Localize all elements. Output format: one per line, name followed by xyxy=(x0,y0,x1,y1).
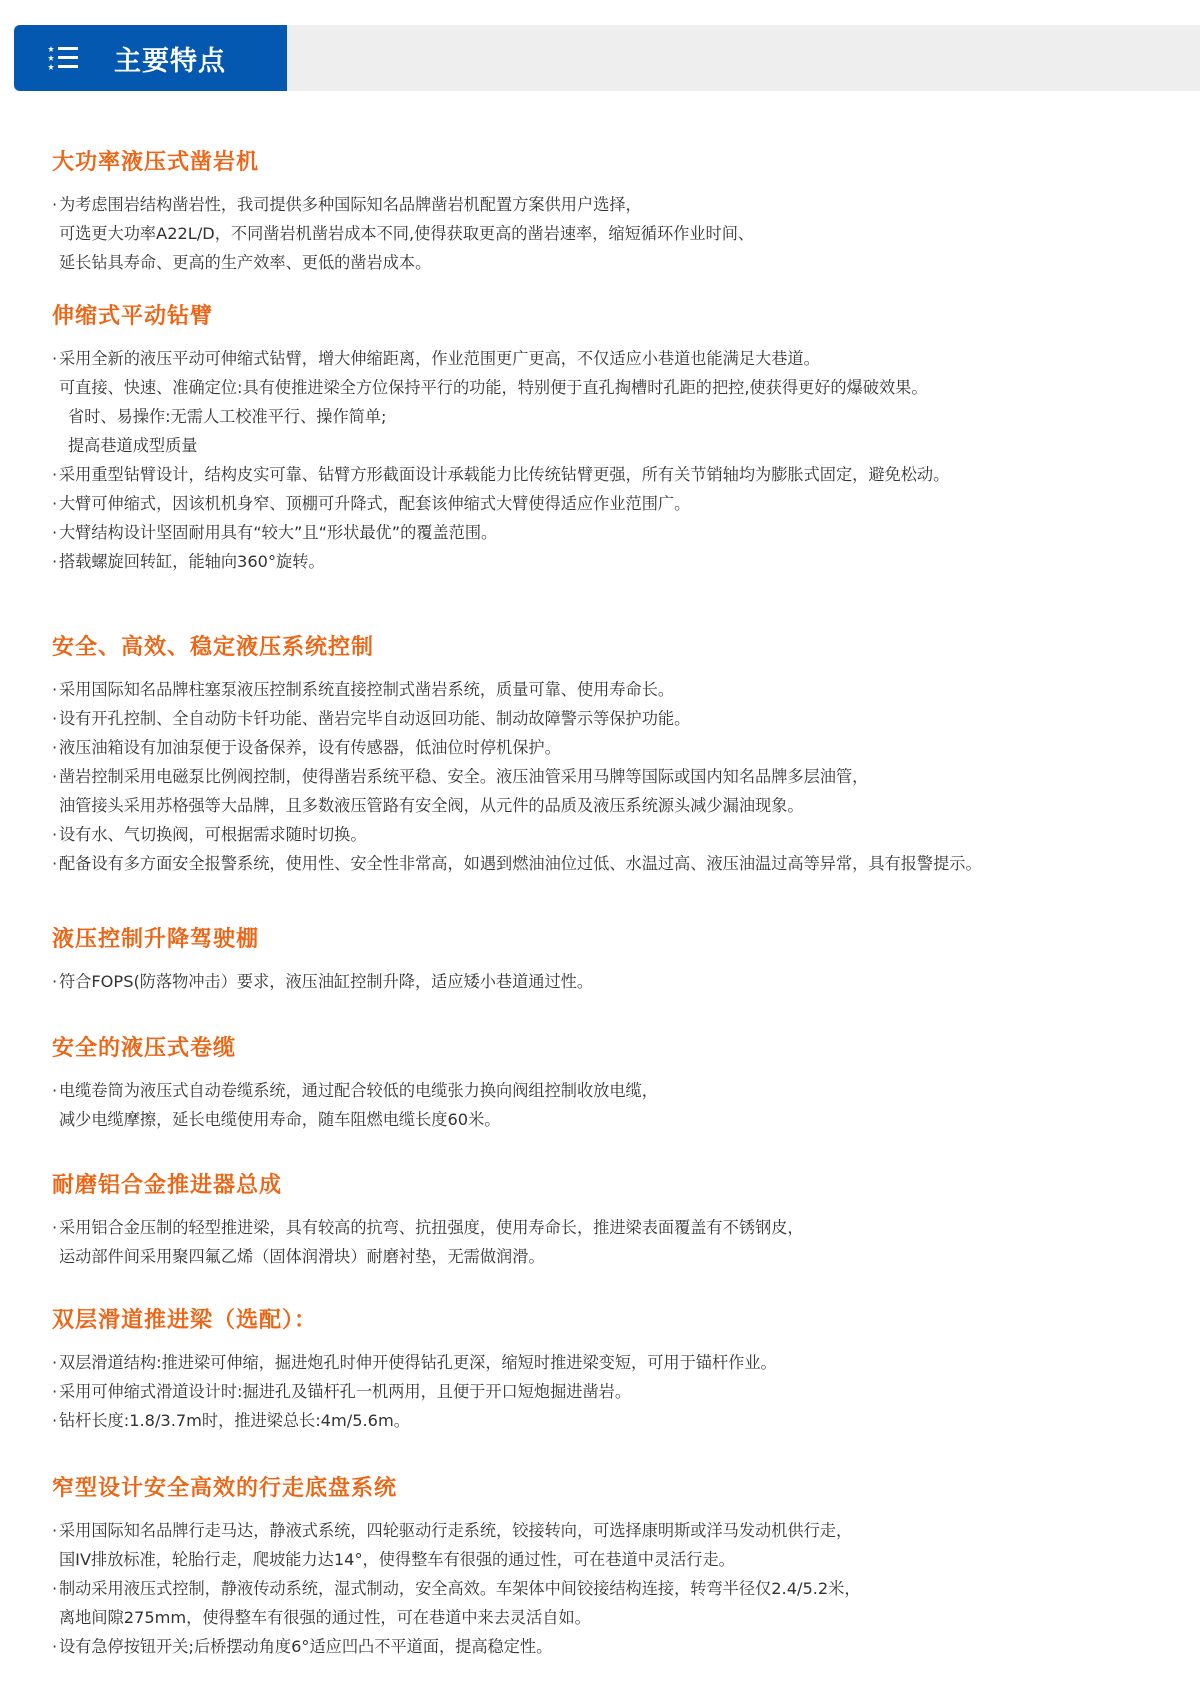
feature-list: ·采用国际知名品牌柱塞泵液压控制系统直接控制式凿岩系统，质量可靠、使用寿命长。 … xyxy=(52,675,1182,878)
feature-list: ·采用全新的液压平动可伸缩式钻臂，增大伸缩距离，作业范围更广更高，不仅适应小巷道… xyxy=(52,344,1182,576)
section-heading: 耐磨铝合金推进器总成 xyxy=(52,1171,1182,1201)
section-heading: 伸缩式平动钻臂 xyxy=(52,302,1182,332)
list-item-continuation: 可选更大功率A22L/D，不同凿岩机凿岩成本不同,使得获取更高的凿岩速率，缩短循… xyxy=(52,219,1182,248)
section-heading: 安全、高效、稳定液压系统控制 xyxy=(52,633,1182,663)
list-item: ·采用可伸缩式滑道设计时:掘进孔及锚杆孔一机两用，且便于开口短炮掘进凿岩。 xyxy=(52,1377,1182,1406)
list-item: ·大臂可伸缩式，因该机机身窄、顶棚可升降式，配套该伸缩式大臂使得适应作业范围广。 xyxy=(52,489,1182,518)
list-item: ·搭载螺旋回转缸，能轴向360°旋转。 xyxy=(52,547,1182,576)
list-item-continuation: 油管接头采用苏格强等大品牌，且多数液压管路有安全阀，从元件的品质及液压系统源头减… xyxy=(52,791,1182,820)
feature-section: 双层滑道推进梁（选配）： ·双层滑道结构:推进梁可伸缩，掘进炮孔时伸开使得钻孔更… xyxy=(52,1306,1182,1435)
feature-list: ·采用铝合金压制的轻型推进梁，具有较高的抗弯、抗扭强度，使用寿命长，推进梁表面覆… xyxy=(52,1213,1182,1271)
list-item: ·双层滑道结构:推进梁可伸缩，掘进炮孔时伸开使得钻孔更深，缩短时推进梁变短，可用… xyxy=(52,1348,1182,1377)
page-title: 主要特点 xyxy=(114,39,226,78)
list-item: ·为考虑围岩结构凿岩性，我司提供多种国际知名品牌凿岩机配置方案供用户选择， xyxy=(52,190,1182,219)
list-item-continuation: 减少电缆摩擦，延长电缆使用寿命，随车阻燃电缆长度60米。 xyxy=(52,1105,1182,1134)
feature-section: 窄型设计安全高效的行走底盘系统 ·采用国际知名品牌行走马达，静液式系统，四轮驱动… xyxy=(52,1474,1182,1661)
feature-section: 伸缩式平动钻臂 ·采用全新的液压平动可伸缩式钻臂，增大伸缩距离，作业范围更广更高… xyxy=(52,302,1182,576)
list-item-continuation: 离地间隙275mm，使得整车有很强的通过性，可在巷道中来去灵活自如。 xyxy=(52,1603,1182,1632)
feature-section: 耐磨铝合金推进器总成 ·采用铝合金压制的轻型推进梁，具有较高的抗弯、抗扭强度，使… xyxy=(52,1171,1182,1271)
list-item: ·凿岩控制采用电磁泵比例阀控制，使得凿岩系统平稳、安全。液压油管采用马牌等国际或… xyxy=(52,762,1182,791)
feature-list: ·采用国际知名品牌行走马达，静液式系统，四轮驱动行走系统，铰接转向，可选择康明斯… xyxy=(52,1516,1182,1661)
feature-section: 安全、高效、稳定液压系统控制 ·采用国际知名品牌柱塞泵液压控制系统直接控制式凿岩… xyxy=(52,633,1182,878)
section-heading: 液压控制升降驾驶棚 xyxy=(52,925,1182,955)
feature-section: 液压控制升降驾驶棚 ·符合FOPS(防落物冲击）要求，液压油缸控制升降，适应矮小… xyxy=(52,925,1182,996)
list-item: ·液压油箱设有加油泵便于设备保养，设有传感器，低油位时停机保护。 xyxy=(52,733,1182,762)
section-heading: 大功率液压式凿岩机 xyxy=(52,148,1182,178)
list-item-continuation: 延长钻具寿命、更高的生产效率、更低的凿岩成本。 xyxy=(52,248,1182,277)
section-heading: 双层滑道推进梁（选配）： xyxy=(52,1306,1182,1336)
feature-list: ·双层滑道结构:推进梁可伸缩，掘进炮孔时伸开使得钻孔更深，缩短时推进梁变短，可用… xyxy=(52,1348,1182,1435)
list-item: ·设有开孔控制、全自动防卡钎功能、凿岩完毕自动返回功能、制动故障警示等保护功能。 xyxy=(52,704,1182,733)
list-item: ·符合FOPS(防落物冲击）要求，液压油缸控制升降，适应矮小巷道通过性。 xyxy=(52,967,1182,996)
list-item: ·采用重型钻臂设计，结构皮实可靠、钻臂方形截面设计承载能力比传统钻臂更强，所有关… xyxy=(52,460,1182,489)
feature-list: ·电缆卷筒为液压式自动卷缆系统，通过配合较低的电缆张力换向阀组控制收放电缆， 减… xyxy=(52,1076,1182,1134)
list-item: ·钻杆长度:1.8/3.7m时，推进梁总长:4m/5.6m。 xyxy=(52,1406,1182,1435)
list-item: ·设有水、气切换阀，可根据需求随时切换。 xyxy=(52,820,1182,849)
section-heading: 窄型设计安全高效的行走底盘系统 xyxy=(52,1474,1182,1504)
list-item: ·采用国际知名品牌行走马达，静液式系统，四轮驱动行走系统，铰接转向，可选择康明斯… xyxy=(52,1516,1182,1545)
feature-section: 大功率液压式凿岩机 ·为考虑围岩结构凿岩性，我司提供多种国际知名品牌凿岩机配置方… xyxy=(52,148,1182,277)
list-item-continuation: 国IV排放标准，轮胎行走，爬坡能力达14°，使得整车有很强的通过性，可在巷道中灵… xyxy=(52,1545,1182,1574)
list-item-continuation: 省时、易操作:无需人工校准平行、操作简单; xyxy=(52,402,1182,431)
list-item: ·制动采用液压式控制，静液传动系统，湿式制动，安全高效。车架体中间铰接结构连接，… xyxy=(52,1574,1182,1603)
feature-list: ·符合FOPS(防落物冲击）要求，液压油缸控制升降，适应矮小巷道通过性。 xyxy=(52,967,1182,996)
list-item-continuation: 可直接、快速、准确定位:具有使推进梁全方位保持平行的功能，特别便于直孔掏槽时孔距… xyxy=(52,373,1182,402)
section-heading: 安全的液压式卷缆 xyxy=(52,1034,1182,1064)
list-item: ·设有急停按钮开关;后桥摆动角度6°适应凹凸不平道面，提高稳定性。 xyxy=(52,1632,1182,1661)
list-icon xyxy=(48,45,82,71)
feature-list: ·为考虑围岩结构凿岩性，我司提供多种国际知名品牌凿岩机配置方案供用户选择， 可选… xyxy=(52,190,1182,277)
list-item: ·采用铝合金压制的轻型推进梁，具有较高的抗弯、抗扭强度，使用寿命长，推进梁表面覆… xyxy=(52,1213,1182,1242)
feature-section: 安全的液压式卷缆 ·电缆卷筒为液压式自动卷缆系统，通过配合较低的电缆张力换向阀组… xyxy=(52,1034,1182,1134)
list-item: ·采用国际知名品牌柱塞泵液压控制系统直接控制式凿岩系统，质量可靠、使用寿命长。 xyxy=(52,675,1182,704)
list-item: ·采用全新的液压平动可伸缩式钻臂，增大伸缩距离，作业范围更广更高，不仅适应小巷道… xyxy=(52,344,1182,373)
header-tab: 主要特点 xyxy=(14,25,287,91)
list-item: ·电缆卷筒为液压式自动卷缆系统，通过配合较低的电缆张力换向阀组控制收放电缆， xyxy=(52,1076,1182,1105)
list-item-continuation: 运动部件间采用聚四氟乙烯（固体润滑块）耐磨衬垫，无需做润滑。 xyxy=(52,1242,1182,1271)
list-item: ·大臂结构设计坚固耐用具有“较大”且“形状最优”的覆盖范围。 xyxy=(52,518,1182,547)
list-item: ·配备设有多方面安全报警系统，使用性、安全性非常高，如遇到燃油油位过低、水温过高… xyxy=(52,849,1182,878)
list-item-continuation: 提高巷道成型质量 xyxy=(52,431,1182,460)
